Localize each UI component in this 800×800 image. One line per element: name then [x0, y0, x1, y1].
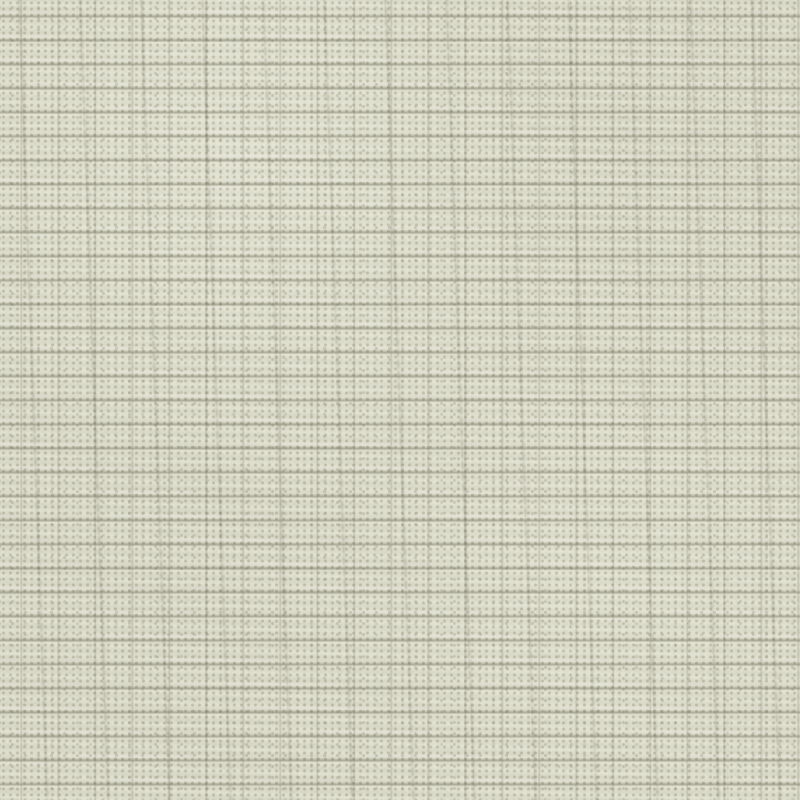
- carpet-texture-image: carpet texture close-up: [0, 0, 800, 800]
- carpet-loop-detail: [0, 0, 800, 800]
